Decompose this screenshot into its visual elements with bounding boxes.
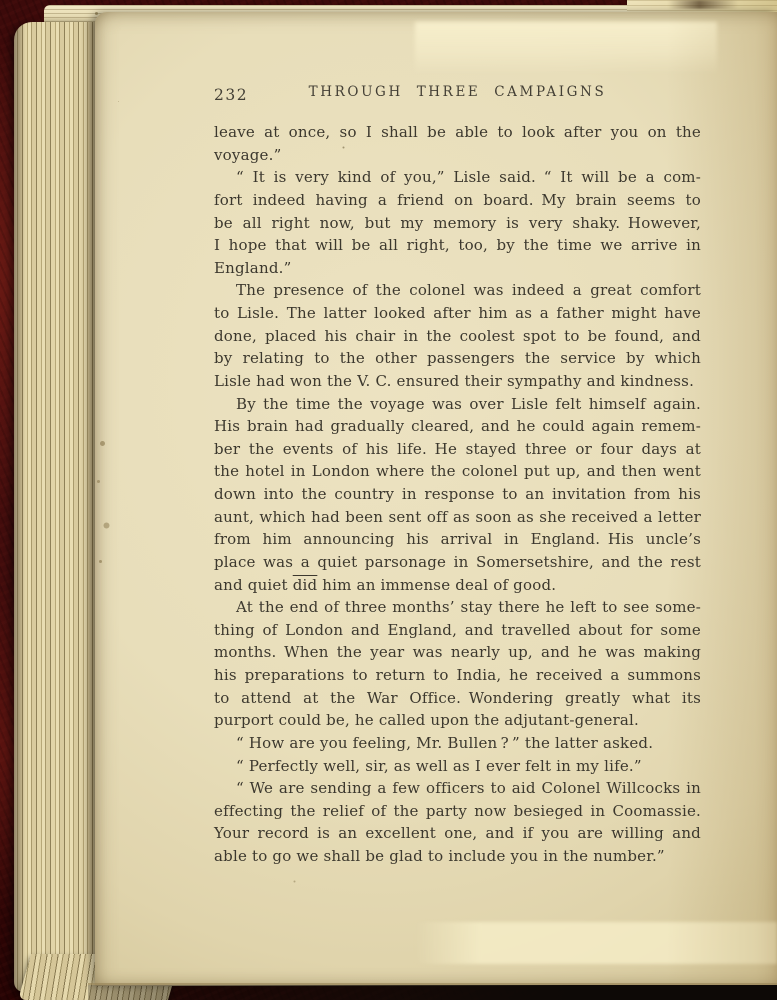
text-line: Your record is an excellent one, and if … bbox=[214, 822, 701, 845]
text-line: place was a quiet parsonage in Somersets… bbox=[214, 551, 701, 574]
text-line: thing of London and England, and travell… bbox=[214, 619, 701, 642]
text-line: and quiet did him an immense deal of goo… bbox=[214, 574, 701, 597]
foxing-specks bbox=[95, 12, 99, 16]
page-stack-left-edges bbox=[14, 22, 96, 992]
text-line: “ We are sending a few officers to aid C… bbox=[214, 777, 701, 800]
text-line: leave at once, so I shall be able to loo… bbox=[214, 121, 701, 144]
text-line: “ Perfectly well, sir, as well as I ever… bbox=[214, 755, 701, 778]
running-title: THROUGH THREE CAMPAIGNS bbox=[214, 84, 701, 100]
text-line: The presence of the colonel was indeed a… bbox=[214, 279, 701, 302]
text-line: His brain had gradually cleared, and he … bbox=[214, 415, 701, 438]
text-line: to Lisle. The latter looked after him as… bbox=[214, 302, 701, 325]
book-page: 232 THROUGH THREE CAMPAIGNS leave at onc… bbox=[95, 12, 777, 986]
text-line: by relating to the other passengers the … bbox=[214, 347, 701, 370]
text-line: from him announcing his arrival in Engla… bbox=[214, 528, 701, 551]
text-line: By the time the voyage was over Lisle fe… bbox=[214, 393, 701, 416]
page-header: 232 THROUGH THREE CAMPAIGNS bbox=[214, 84, 701, 105]
page-bottom-shadow bbox=[88, 985, 777, 1000]
text-line: fort indeed having a friend on board. My… bbox=[214, 189, 701, 212]
page-number: 232 bbox=[214, 86, 248, 104]
text-line: aunt, which had been sent off as soon as… bbox=[214, 506, 701, 529]
text-line: ber the events of his life. He stayed th… bbox=[214, 438, 701, 461]
text-line: months. When the year was nearly up, and… bbox=[214, 641, 701, 664]
text-line: down into the country in response to an … bbox=[214, 483, 701, 506]
text-line: be all right now, but my memory is very … bbox=[214, 212, 701, 235]
text-line: his preparations to return to India, he … bbox=[214, 664, 701, 687]
text-line: to attend at the War Office. Wondering g… bbox=[214, 687, 701, 710]
text-line: done, placed his chair in the coolest sp… bbox=[214, 325, 701, 348]
text-line: Lisle had won the V. C. ensured their sy… bbox=[214, 370, 701, 393]
text-line: the hotel in London where the colonel pu… bbox=[214, 460, 701, 483]
text-line: At the end of three months’ stay there h… bbox=[214, 596, 701, 619]
text-line: England.” bbox=[214, 257, 701, 280]
overline-word: did bbox=[293, 576, 318, 594]
text-line: able to go we shall be glad to include y… bbox=[214, 845, 701, 868]
top-edge-smudge bbox=[668, 0, 738, 9]
text-line: “ How are you feeling, Mr. Bullen ? ” th… bbox=[214, 732, 701, 755]
page-content: 232 THROUGH THREE CAMPAIGNS leave at onc… bbox=[214, 84, 701, 868]
book-scan: 232 THROUGH THREE CAMPAIGNS leave at onc… bbox=[0, 0, 777, 1000]
text-line: I hope that will be all right, too, by t… bbox=[214, 234, 701, 257]
text-line: “ It is very kind of you,” Lisle said. “… bbox=[214, 166, 701, 189]
text-line: voyage.” bbox=[214, 144, 701, 167]
text-line: effecting the relief of the party now be… bbox=[214, 800, 701, 823]
text-line: purport could be, he called upon the adj… bbox=[214, 709, 701, 732]
page-body: leave at once, so I shall be able to loo… bbox=[214, 121, 701, 868]
